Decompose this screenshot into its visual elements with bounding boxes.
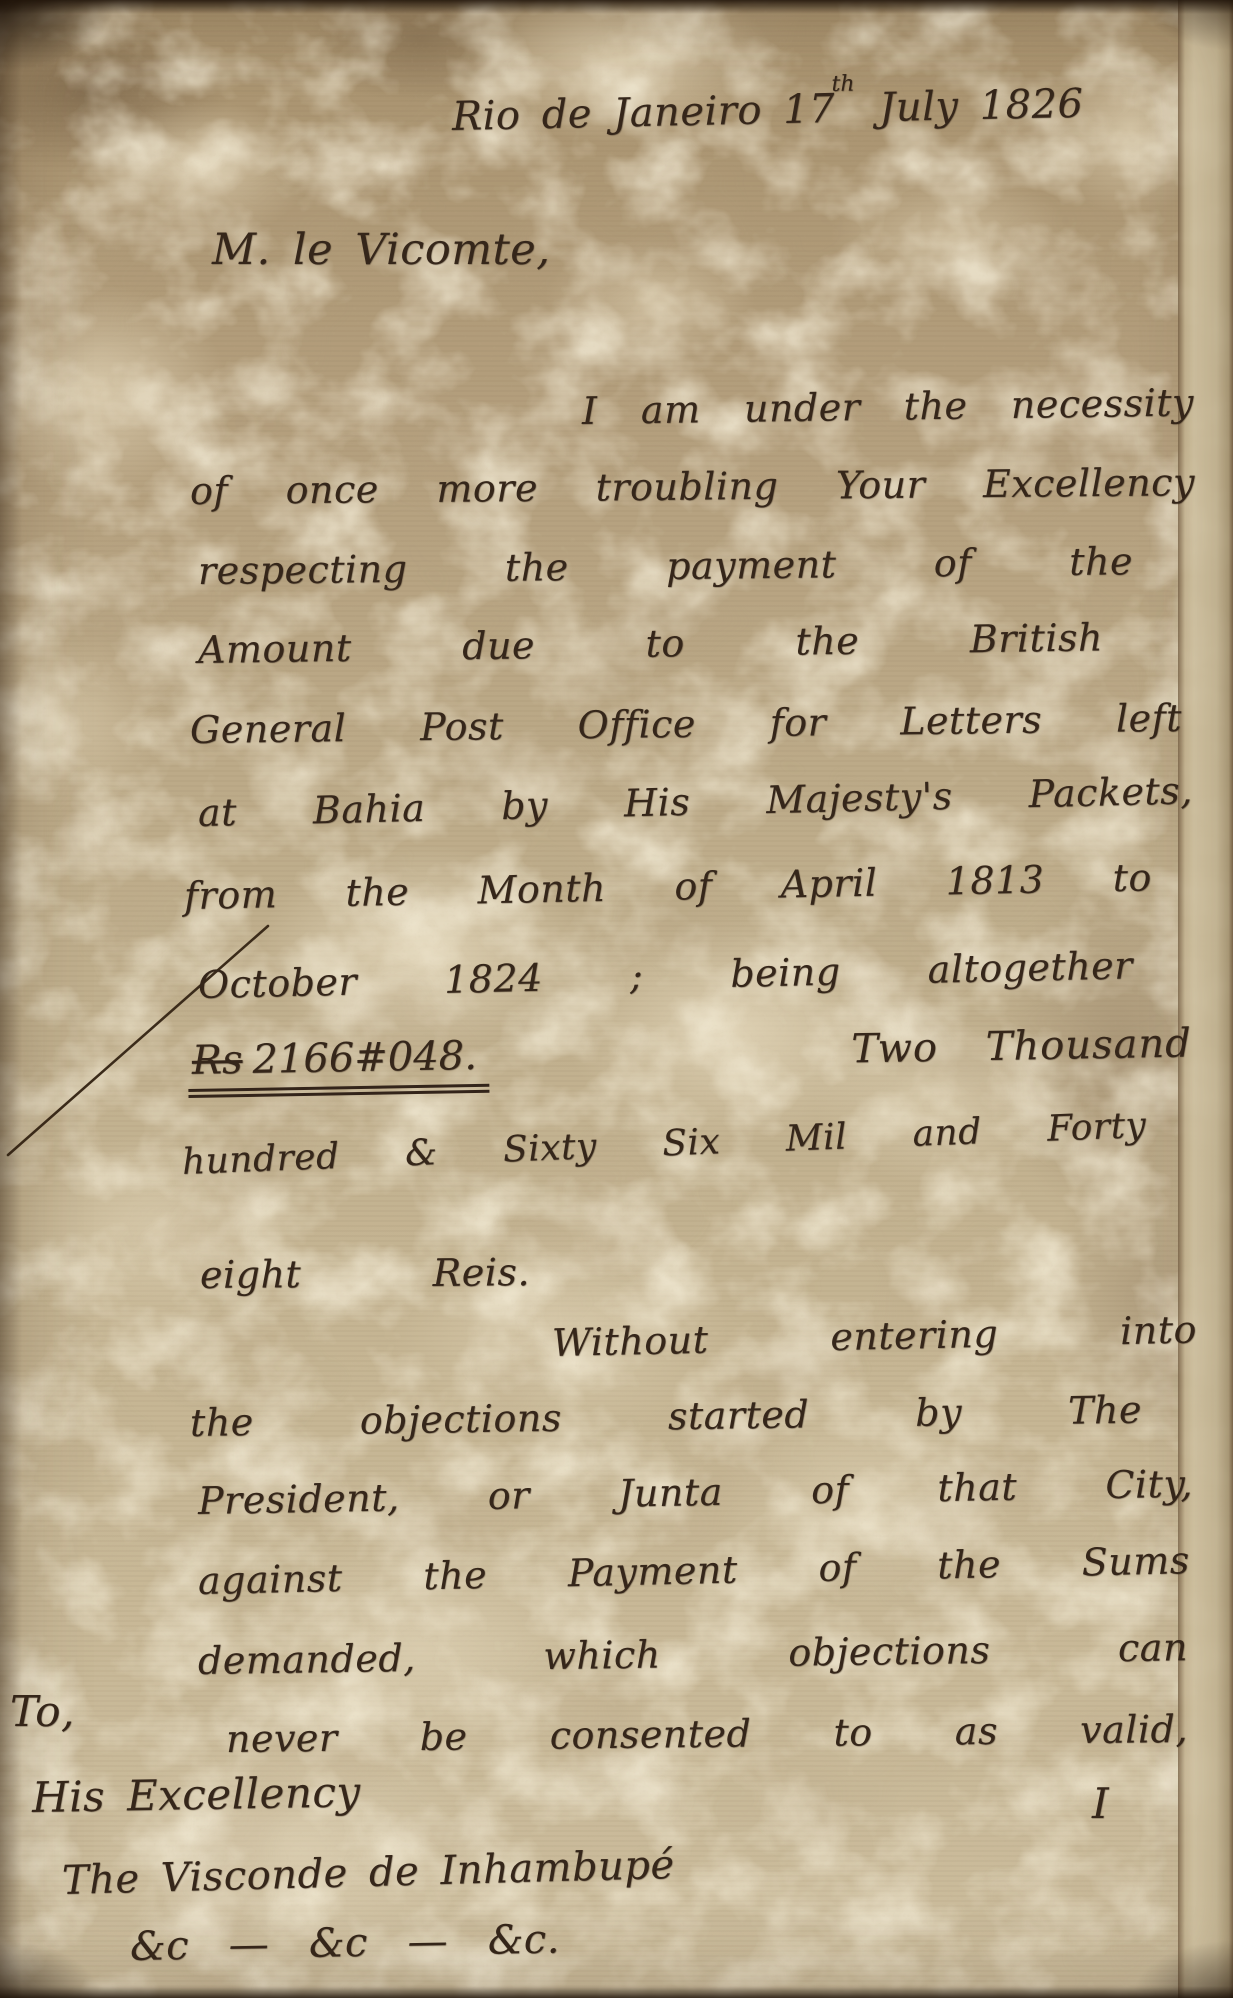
letter-line: October 1824 ; being altogether [198, 942, 1134, 1009]
catchword: I [1092, 1778, 1109, 1831]
address-recipient-name: The Visconde de Inhambupé [61, 1842, 607, 1906]
salutation: M. le Vicomte, [212, 224, 550, 278]
letter-line: the objections started by The [190, 1387, 1143, 1448]
letter-line: from the Month of April 1813 to [184, 854, 1153, 920]
amount-figure: 2166#048. [252, 1033, 477, 1083]
amount-words: Two Thousand [851, 1020, 1192, 1072]
page-edge-strip [1178, 0, 1233, 1998]
letter-line: against the Payment of the Sums [198, 1537, 1191, 1605]
letter-line: respecting the payment of the [198, 538, 1133, 595]
letter-line: General Post Office for Letters left [190, 695, 1183, 755]
dateline-day: 17 [783, 86, 836, 133]
dateline-place: Rio de Janeiro [452, 88, 763, 140]
address-to: To, [10, 1686, 75, 1739]
ordinal-superscript: th [831, 72, 855, 97]
dateline-month-year: July 1826 [879, 81, 1084, 131]
struck-currency: Rs [191, 1037, 242, 1084]
letter-line: of once more troubling Your Excellency [190, 459, 1195, 515]
letter-line: Amount due to the British [198, 614, 1104, 674]
dateline: Rio de Janeiro 17th July 1826 [451, 81, 957, 142]
letter-line: hundred & Sixty Six Mil and Forty [181, 1103, 1147, 1185]
address-recipient-title: His Excellency [32, 1766, 362, 1824]
letter-line: demanded, which objections can [198, 1624, 1189, 1685]
letter-line: eight Reis. [200, 1249, 530, 1299]
letter-line: never be consented to as valid, [226, 1706, 1188, 1764]
letter-line: President, or Junta of that City, [198, 1461, 1194, 1526]
letter-line: Without entering into [552, 1306, 1198, 1367]
amount-line: Rs2166#048.Two Thousand [187, 1020, 1192, 1098]
address-etceteras: &c — &c — &c. [130, 1914, 561, 1971]
letter-line: at Bahia by His Majesty's Packets, [197, 767, 1193, 837]
letter-line: I am under the necessity [582, 379, 1195, 435]
amount-underlined-group: Rs2166#048. [187, 1033, 489, 1098]
page: Rio de Janeiro 17th July 1826 M. le Vico… [0, 0, 1233, 1998]
